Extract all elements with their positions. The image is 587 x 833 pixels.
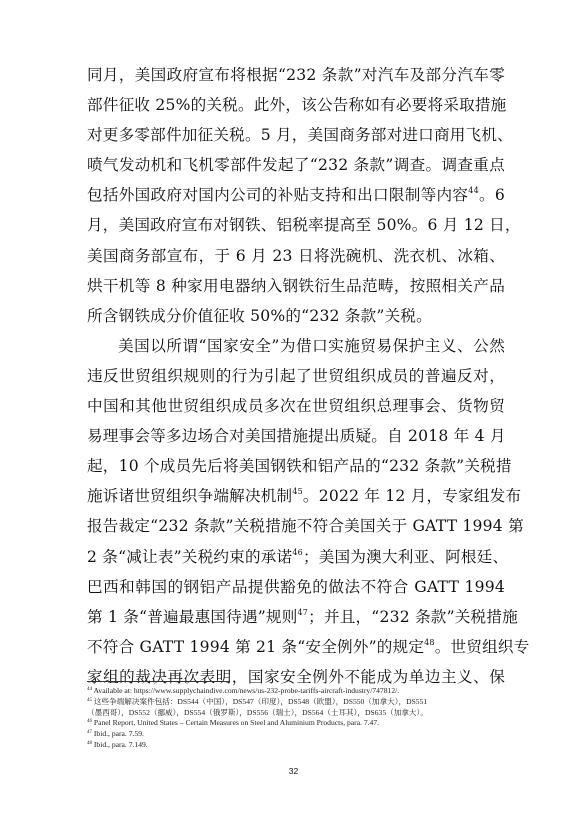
text-segment: 。6 [479, 186, 505, 204]
text-line: 月，美国政府宣布对钢铁、铝税率提高至 50%。6 月 12 日， [87, 210, 505, 240]
text-line: 第 1 条“普遍最惠国待遇”规则47；并且，“232 条款”关税措施 [87, 602, 505, 632]
footnote-number: 47 [87, 730, 92, 735]
footnote-ref-47[interactable]: 47 [298, 608, 309, 617]
footnote-separator [87, 681, 230, 682]
text-line: 违反世贸组织规则的行为引起了世贸组织成员的普遍反对， [87, 361, 505, 391]
text-segment: 施诉诸世贸组织争端解决机制 [87, 487, 292, 505]
footnote-number: 44 [87, 687, 92, 692]
footnote-ref-44[interactable]: 44 [468, 186, 479, 195]
text-segment: 包括外国政府对国内公司的补贴支持和出口限制等内容 [87, 186, 468, 204]
footnote-46: 46 Panel Report, United States – Certain… [87, 718, 517, 729]
text-line: 所含钢铁成分价值征收 50%的“232 条款”关税。 [87, 301, 505, 331]
footnote-text: Panel Report, United States – Certain Me… [94, 718, 379, 727]
footnote-45-continued: （墨西哥），DS552（挪威），DS554（俄罗斯），DS556（瑞士），DS5… [87, 708, 517, 719]
footnote-ref-45[interactable]: 45 [292, 487, 303, 496]
text-line: 部件征收 25%的关税。此外，该公告称如有必要将采取措施 [87, 90, 505, 120]
footnote-text: Ibid., para. 7.149. [94, 740, 148, 749]
text-segment: 不符合 GATT 1994 第 21 条“安全例外”的规定 [87, 638, 424, 656]
text-line: 起，10 个成员先后将美国钢铁和铝产品的“232 条款”关税措 [87, 451, 505, 481]
text-line: 不符合 GATT 1994 第 21 条“安全例外”的规定48。世贸组织专 [87, 632, 505, 662]
text-line: 包括外国政府对国内公司的补贴支持和出口限制等内容44。6 [87, 180, 505, 210]
text-line: 对更多零部件加征关税。5 月，美国商务部对进口商用飞机、 [87, 120, 505, 150]
text-segment: ；并且，“232 条款”关税措施 [308, 608, 518, 626]
footnote-text: 这些争端解决案件包括：DS544（中国），DS547（印度），DS548（欧盟）… [94, 697, 427, 706]
footnote-ref-48[interactable]: 48 [424, 638, 435, 647]
text-line: 报告裁定“232 条款”关税措施不符合美国关于 GATT 1994 第 [87, 511, 505, 541]
text-line: 易理事会等多边场合对美国措施提出质疑。自 2018 年 4 月 [87, 421, 505, 451]
text-line: 烘干机等 8 种家用电器纳入钢铁衍生品范畴，按照相关产品 [87, 271, 505, 301]
page-number: 32 [0, 766, 587, 776]
text-line: 同月，美国政府宣布将根据“232 条款”对汽车及部分汽车零 [87, 60, 505, 90]
text-line: 美国商务部宣布，于 6 月 23 日将洗碗机、洗衣机、冰箱、 [87, 241, 505, 271]
text-segment: 第 1 条“普遍最惠国待遇”规则 [87, 608, 298, 626]
text-segment: 。2022 年 12 月，专家组发布 [303, 487, 521, 505]
footnote-ref-46[interactable]: 46 [292, 548, 303, 557]
footnote-48: 48 Ibid., para. 7.149. [87, 740, 517, 751]
text-segment: ；美国为澳大利亚、阿根廷、 [303, 548, 508, 566]
text-line: 喷气发动机和飞机零部件发起了“232 条款”调查。调查重点 [87, 150, 505, 180]
footnote-47: 47 Ibid., para. 7.59. [87, 729, 517, 740]
text-segment: 2 条“减让表”关税约束的承诺 [87, 548, 292, 566]
footnote-number: 48 [87, 741, 92, 746]
text-line: 2 条“减让表”关税约束的承诺46；美国为澳大利亚、阿根廷、 [87, 542, 505, 572]
footnote-text: （墨西哥），DS552（挪威），DS554（俄罗斯），DS556（瑞士），DS5… [87, 708, 428, 717]
text-line: 中国和其他世贸组织成员多次在世贸组织总理事会、货物贸 [87, 391, 505, 421]
footnote-number: 46 [87, 719, 92, 724]
document-page: 同月，美国政府宣布将根据“232 条款”对汽车及部分汽车零 部件征收 25%的关… [0, 0, 587, 833]
body-text: 同月，美国政府宣布将根据“232 条款”对汽车及部分汽车零 部件征收 25%的关… [87, 60, 505, 692]
footnotes: 44 Available at: https://www.supplychain… [87, 686, 517, 751]
footnote-45: 45 这些争端解决案件包括：DS544（中国），DS547（印度），DS548（… [87, 697, 517, 708]
footnote-number: 45 [87, 698, 92, 703]
footnote-link-text[interactable]: Available at: https://www.supplychaindiv… [93, 686, 399, 695]
text-line: 施诉诸世贸组织争端解决机制45。2022 年 12 月，专家组发布 [87, 481, 505, 511]
text-line: 美国以所谓“国家安全”为借口实施贸易保护主义、公然 [87, 331, 505, 361]
footnote-text: Ibid., para. 7.59. [94, 729, 144, 738]
footnote-44: 44 Available at: https://www.supplychain… [87, 686, 517, 697]
text-segment: 。世贸组织专 [435, 638, 530, 656]
text-line: 巴西和韩国的钢铝产品提供豁免的做法不符合 GATT 1994 [87, 572, 505, 602]
